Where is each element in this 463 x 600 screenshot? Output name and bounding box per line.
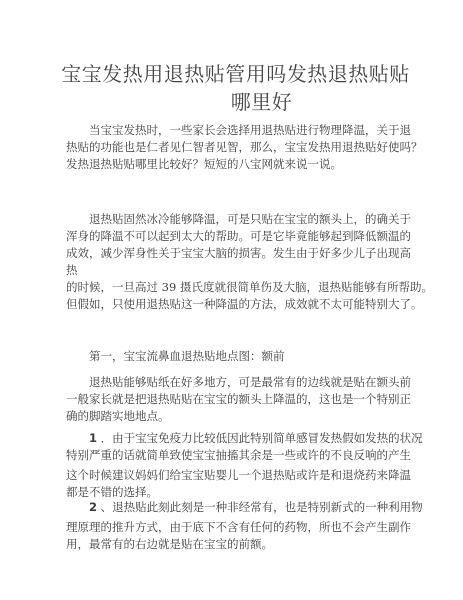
title-line-2: 哪里好 (30, 88, 463, 116)
title-line-1: 宝宝发热用退热贴管用吗发热退热贴贴 (4, 60, 463, 88)
text-line: 确的脚踏实地地点。 (66, 408, 396, 425)
text-line: 退热贴能够贴纸在好多地方，可是最常有的边线就是贴在额头前 (66, 374, 396, 391)
text-line: 这个时候建议妈妈们给宝宝贴婴儿一个退热贴或许是和退烧药来降温 (66, 467, 396, 484)
text-line: 退热贴固然冰冷能够降温，可是只贴在宝宝的额头上，的确关于 (66, 211, 396, 228)
text-line: 发热退热贴贴哪里比较好？短短的八宝网就来说一说。 (66, 156, 396, 173)
list-item-2: 2 、退热贴此刻此刻是一种非经常有，也是特别新式的一种利用物 理原理的推升方式，… (66, 499, 396, 553)
list-item-1: 1 ．由于宝宝免疫力比较低因此特别简单感冒发热假如发热的状况 特别严重的话就简单… (66, 430, 396, 501)
list-number: 2 (89, 500, 97, 514)
text-line: 热贴的功能也是仁者见仁智者见智，那么，宝宝发热用退热贴好使吗？ (66, 139, 396, 156)
text-line: 但假如，只使用退热贴这一种降温的方法，成效就不太可能特别大了。 (66, 296, 396, 313)
list-number: 1 (89, 431, 97, 445)
text-line: ．由于宝宝免疫力比较低因此特别简单感冒发热假如发热的状况 (101, 431, 423, 445)
text-line: 一般家长就是把退热贴贴在宝宝的额头上降温的，这也是一个特别正 (66, 391, 396, 408)
placement-paragraph: 退热贴能够贴纸在好多地方，可是最常有的边线就是贴在额头前 一般家长就是把退热贴贴… (66, 374, 396, 425)
cooling-effect-paragraph: 退热贴固然冰冷能够降温，可是只贴在宝宝的额头上，的确关于 浑身的降温不可以起到太… (66, 211, 396, 313)
section-heading-text: 第一，宝宝流鼻血退热贴地点图：额前 (66, 348, 396, 365)
text-line: 用，最常有的右边就是贴在宝宝的前额。 (66, 536, 396, 553)
text-line: 浑身的降温不可以起到太大的帮助。可是它毕竟能够起到降低额温的 (66, 228, 396, 245)
text-line: 的时候，一旦高过 39 摄氏度就很简单伤及大脑，退热贴能够有所帮助。 (66, 279, 396, 296)
text-line: 理原理的推升方式，由于底下不含有任何的药物，所也不会产生副作 (66, 519, 396, 536)
intro-paragraph: 当宝宝发热时，一些家长会选择用退热贴进行物理降温，关于退 热贴的功能也是仁者见仁… (66, 122, 396, 173)
text-line: 特别严重的话就简单致使宝宝抽搐其余是一些或许的不良反响的产生 (66, 447, 396, 464)
text-line: 当宝宝发热时，一些家长会选择用退热贴进行物理降温，关于退 (66, 122, 396, 139)
section-heading: 第一，宝宝流鼻血退热贴地点图：额前 (66, 348, 396, 365)
text-line: 、退热贴此刻此刻是一种非经常有，也是特别新式的一种利用物 (101, 500, 423, 514)
text-line: 热 (66, 262, 396, 279)
text-line: 成效，减少浑身性关于宝宝大脑的损害。发生由于好多少儿子出现高 (66, 245, 396, 262)
